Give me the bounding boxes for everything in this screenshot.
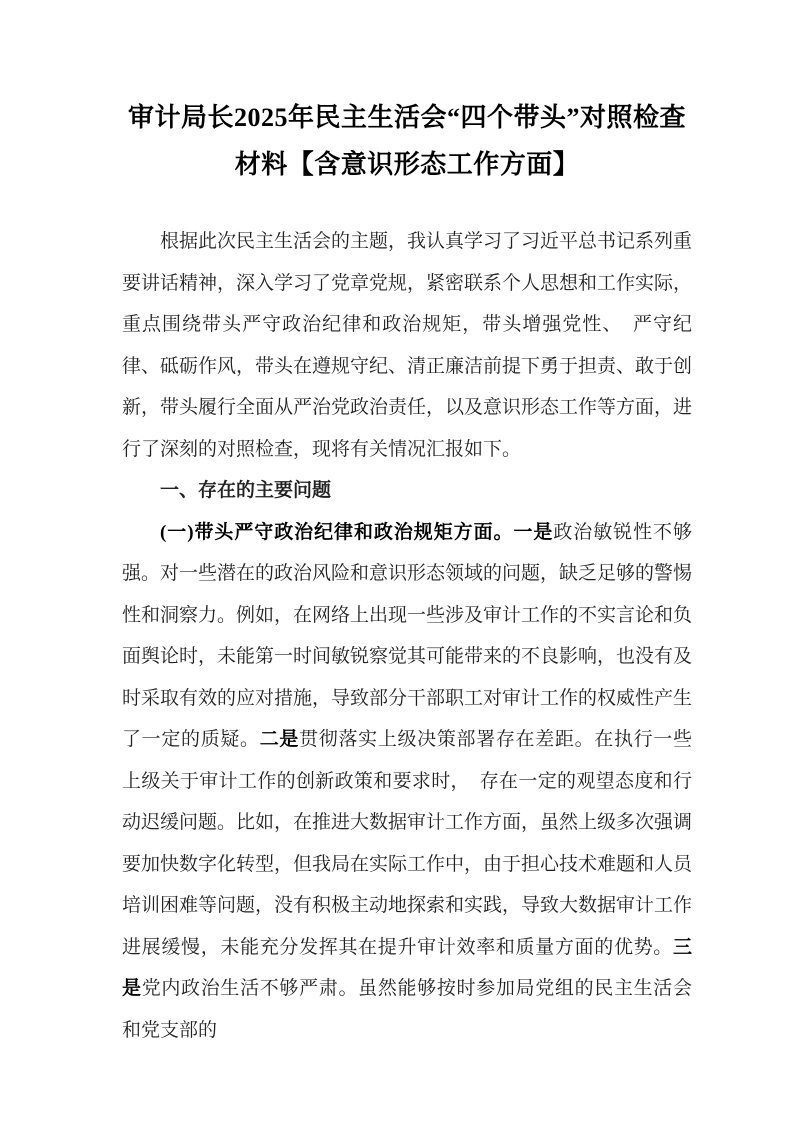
- intro-paragraph: 根据此次民主生活会的主题，我认真学习了习近平总书记系列重要讲话精神，深入学习了党…: [122, 221, 692, 470]
- document-page: 审计局长2025年民主生活会“四个带头”对照检查材料【含意识形态工作方面】 根据…: [0, 0, 793, 1122]
- document-title-line-1: 审计局长2025年民主生活会“四个带头”对照检查: [128, 103, 686, 132]
- document-body: 根据此次民主生活会的主题，我认真学习了习近平总书记系列重要讲话精神，深入学习了党…: [122, 221, 692, 1051]
- intro-paragraph-text: 根据此次民主生活会的主题，我认真学习了习近平总书记系列重要讲话精神，深入学习了党…: [122, 231, 692, 460]
- point-2-lead-bold: 二是: [260, 729, 299, 750]
- section-heading-1: 一、存在的主要问题: [122, 470, 692, 512]
- document-title-line-2: 材料【含意识形态工作方面】: [235, 150, 580, 179]
- point-1-body-text: 政治敏锐性不够强。对一些潜在的政治风险和意识形态领域的问题，缺乏足够的警惕性和洞…: [122, 522, 692, 751]
- section-heading-1-text: 一、存在的主要问题: [160, 480, 331, 501]
- point-3-body-text: 党内政治生活不够严肃。虽然能够按时参加局党组的民主生活会和党支部的: [122, 978, 692, 1041]
- point-1-lead-bold: (一)带头严守政治纪律和政治规矩方面。一是: [160, 522, 553, 543]
- document-title: 审计局长2025年民主生活会“四个带头”对照检查材料【含意识形态工作方面】: [122, 94, 692, 188]
- point-2-body-text: 贯彻落实上级决策部署存在差距。在执行一些上级关于审计工作的创新政策和要求时， 存…: [122, 729, 692, 958]
- section1-paragraph: (一)带头严守政治纪律和政治规矩方面。一是政治敏锐性不够强。对一些潜在的政治风险…: [122, 512, 692, 1052]
